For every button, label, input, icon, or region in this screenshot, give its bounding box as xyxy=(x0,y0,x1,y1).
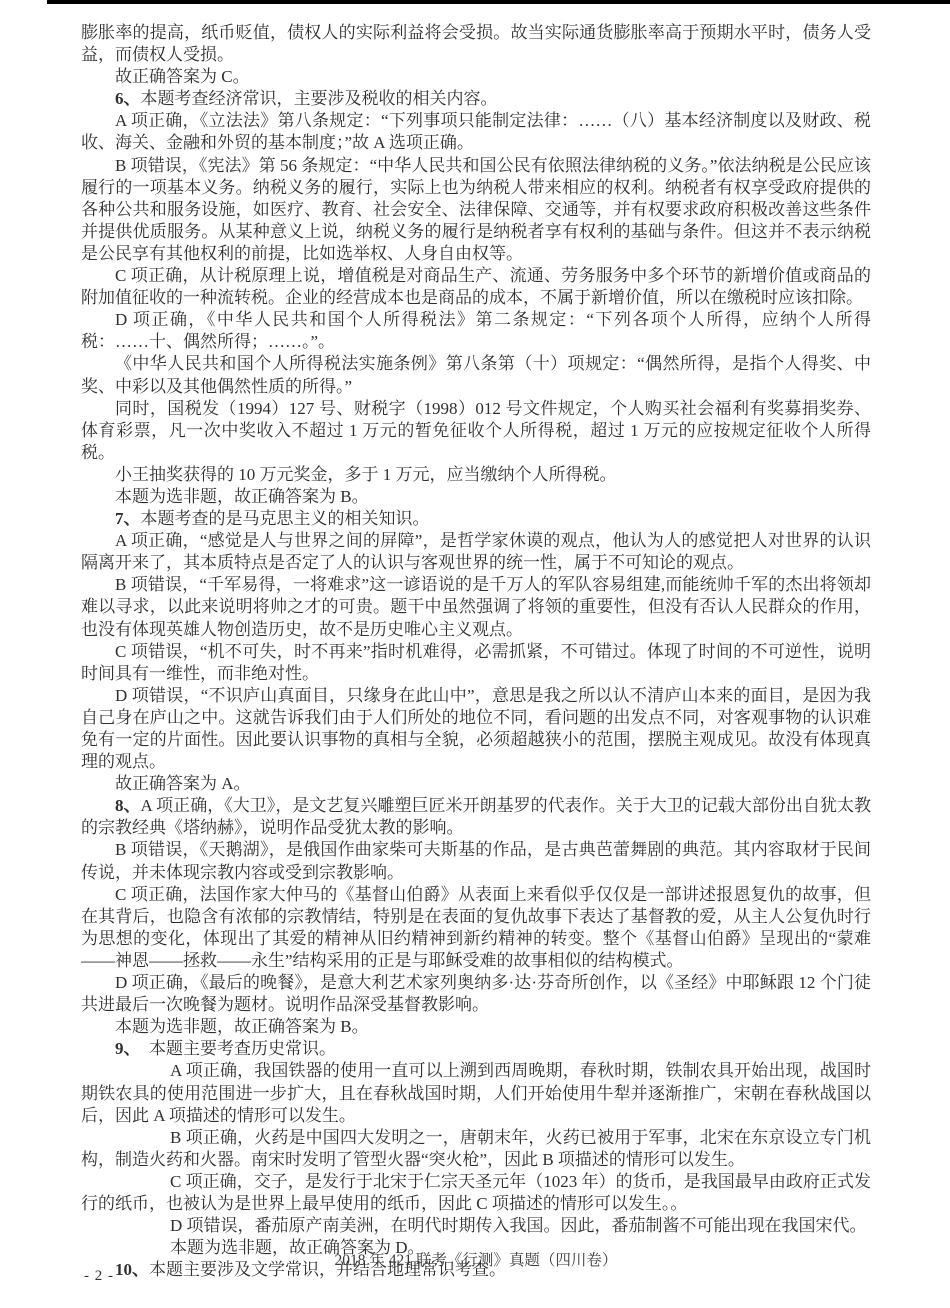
paragraph: B 项错误，《天鹅湖》，是俄国作曲家柴可夫斯基的作品，是古典芭蕾舞剧的典范。其内… xyxy=(81,839,871,883)
paragraph: 故正确答案为 C。 xyxy=(81,66,871,88)
paragraph: 9、 本题主要考查历史常识。 xyxy=(81,1038,871,1060)
paragraph: 小王抽奖获得的 10 万元奖金，多于 1 万元，应当缴纳个人所得税。 xyxy=(81,464,871,486)
paragraph: C 项正确，交子，是发行于北宋于仁宗天圣元年（1023 年）的货币，是我国最早由… xyxy=(81,1171,871,1215)
question-number: 8、 xyxy=(115,796,141,815)
paragraph: 同时，国税发（1994）127 号、财税字（1998）012 号文件规定，个人购… xyxy=(81,398,871,464)
document-body: 膨胀率的提高，纸币贬值，债权人的实际利益将会受损。故当实际通货膨胀率高于预期水平… xyxy=(81,22,871,1281)
footer-source: 2018 年 421 联考《行测》真题（四川卷） xyxy=(81,1248,871,1270)
paragraph: 7、本题考查的是马克思主义的相关知识。 xyxy=(81,508,871,530)
paragraph: C 项正确，从计税原理上说，增值税是对商品生产、流通、劳务服务中多个环节的新增价… xyxy=(81,265,871,309)
paragraph: D 项正确，《中华人民共和国个人所得税法》第二条规定：“下列各项个人所得，应纳个… xyxy=(81,309,871,353)
paragraph: B 项正确，火药是中国四大发明之一，唐朝末年，火药已被用于军事，北宋在东京设立专… xyxy=(81,1127,871,1171)
top-rule xyxy=(47,0,950,4)
question-number: 6、 xyxy=(115,89,141,108)
paragraph: 膨胀率的提高，纸币贬值，债权人的实际利益将会受损。故当实际通货膨胀率高于预期水平… xyxy=(81,22,871,66)
paragraph: C 项错误，“机不可失，时不再来”指时机难得，必需抓紧，不可错过。体现了时间的不… xyxy=(81,641,871,685)
paragraph: D 项错误，“不识庐山真面目，只缘身在此山中”，意思是我之所以认不清庐山本来的面… xyxy=(81,685,871,773)
paragraph: A 项正确，我国铁器的使用一直可以上溯到西周晚期，春秋时期，铁制农具开始出现，战… xyxy=(81,1060,871,1126)
paragraph: A 项正确，“感觉是人与世界之间的屏障”，是哲学家休谟的观点，他认为人的感觉把人… xyxy=(81,530,871,574)
paragraph: D 项正确，《最后的晚餐》，是意大利艺术家列奥纳多·达·芬奇所创作，以《圣经》中… xyxy=(81,972,871,1016)
paragraph: 6、本题考查经济常识，主要涉及税收的相关内容。 xyxy=(81,88,871,110)
paragraph: 《中华人民共和国个人所得税法实施条例》第八条第（十）项规定：“偶然所得，是指个人… xyxy=(81,353,871,397)
question-number: 9、 xyxy=(115,1039,132,1058)
page-number: - 2 - xyxy=(84,1268,114,1285)
paragraph: 本题为选非题，故正确答案为 B。 xyxy=(81,486,871,508)
paragraph: B 项错误，《宪法》第 56 条规定：“中华人民共和国公民有依照法律纳税的义务。… xyxy=(81,155,871,265)
paragraph: A 项正确，《立法法》第八条规定：“下列事项只能制定法律：……（八）基本经济制度… xyxy=(81,110,871,154)
question-number: 7、 xyxy=(115,509,141,528)
paragraph: 故正确答案为 A。 xyxy=(81,773,871,795)
paragraph: 8、A 项正确，《大卫》，是文艺复兴雕塑巨匠米开朗基罗的代表作。关于大卫的记载大… xyxy=(81,795,871,839)
paragraph: B 项错误，“千军易得，一将难求”这一谚语说的是千万人的军队容易组建,而能统帅千… xyxy=(81,574,871,640)
paragraph: D 项错误，番茄原产南美洲，在明代时期传入我国。因此，番茄制酱不可能出现在我国宋… xyxy=(81,1215,871,1237)
paragraph: 本题为选非题，故正确答案为 B。 xyxy=(81,1016,871,1038)
paragraph: C 项正确，法国作家大仲马的《基督山伯爵》从表面上来看似乎仅仅是一部讲述报恩复仇… xyxy=(81,884,871,972)
